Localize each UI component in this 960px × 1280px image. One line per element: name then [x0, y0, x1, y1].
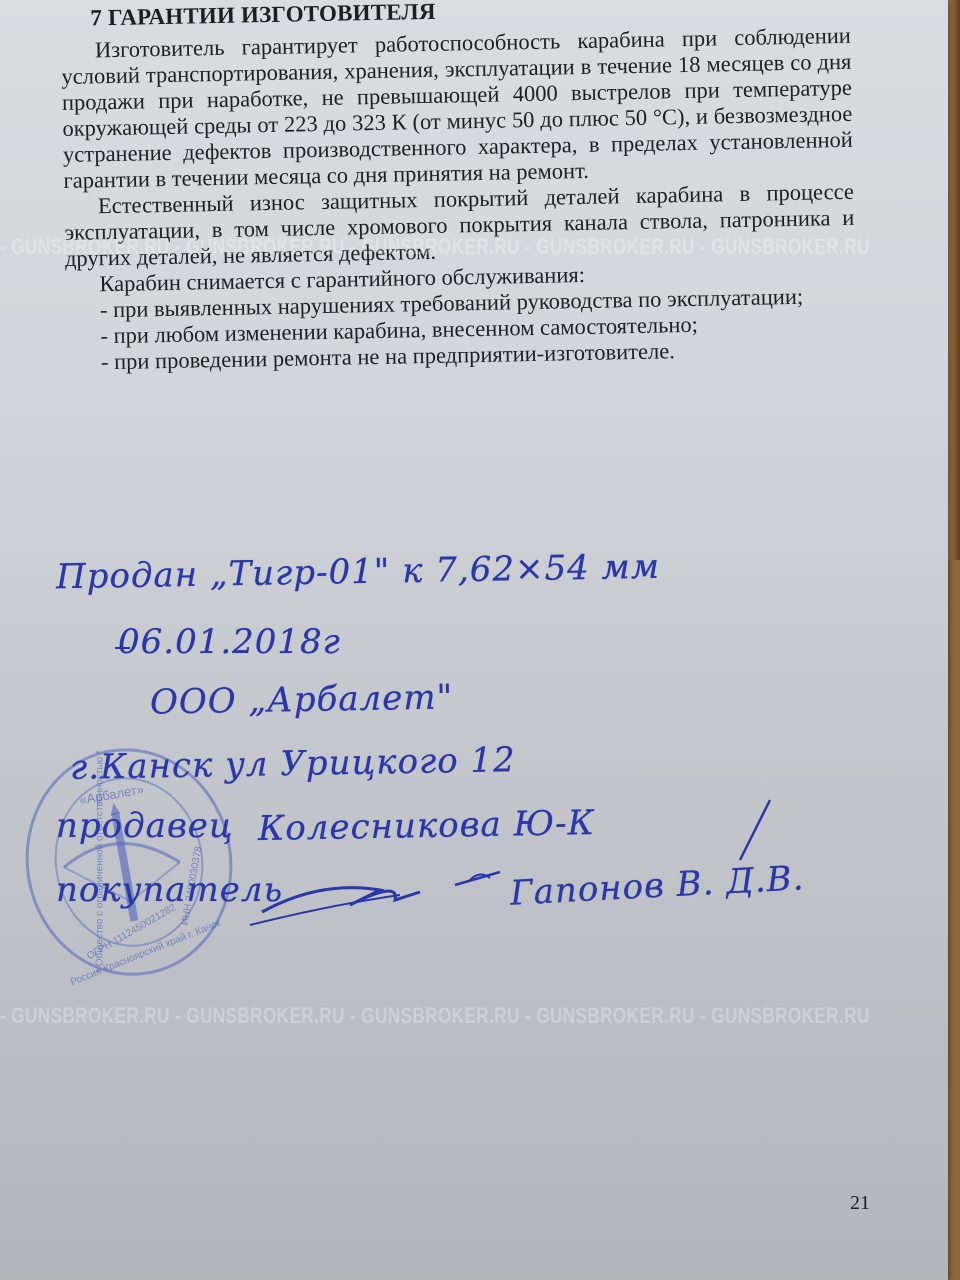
document-page: 7 ГАРАНТИИ ИЗГОТОВИТЕЛЯ Изготовитель гар…	[0, 0, 948, 1280]
page-number: 21	[850, 1192, 870, 1215]
signature-strokes	[0, 0, 948, 1280]
